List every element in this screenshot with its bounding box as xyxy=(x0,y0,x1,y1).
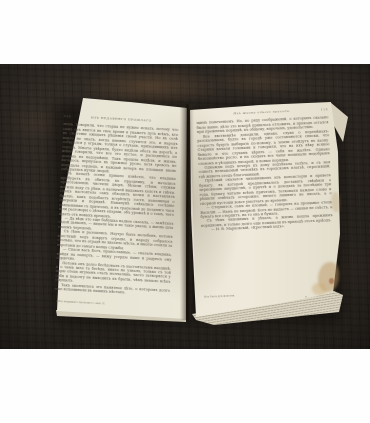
left-page-text: 112 ИЗЪ НЕДАВНЯГО ПРОШЛАГО немъ. Говорил… xyxy=(54,114,179,310)
signature-number: 7 xyxy=(305,295,307,299)
book-photo: 112 ИЗЪ НЕДАВНЯГО ПРОШЛАГО немъ. Говорил… xyxy=(0,64,370,349)
page-stain-edge xyxy=(331,192,340,212)
paragraph: немъ. Говорили, что старца не нужно иска… xyxy=(61,122,178,177)
left-page-number: 112 xyxy=(64,114,78,119)
photo-page: 112 ИЗЪ НЕДАВНЯГО ПРОШЛАГО немъ. Говорил… xyxy=(0,0,370,423)
paragraph: Въ началѣ осени пришло извѣстіе, что вла… xyxy=(59,171,176,221)
right-page-text: Изъ жизни одного прихода. 113 щимъ попеч… xyxy=(196,107,336,296)
page-stain-rust-dot xyxy=(329,278,334,284)
book-gutter-shadow xyxy=(180,104,194,320)
right-page-number: 113 xyxy=(314,107,328,112)
page-stain-small xyxy=(312,283,326,295)
